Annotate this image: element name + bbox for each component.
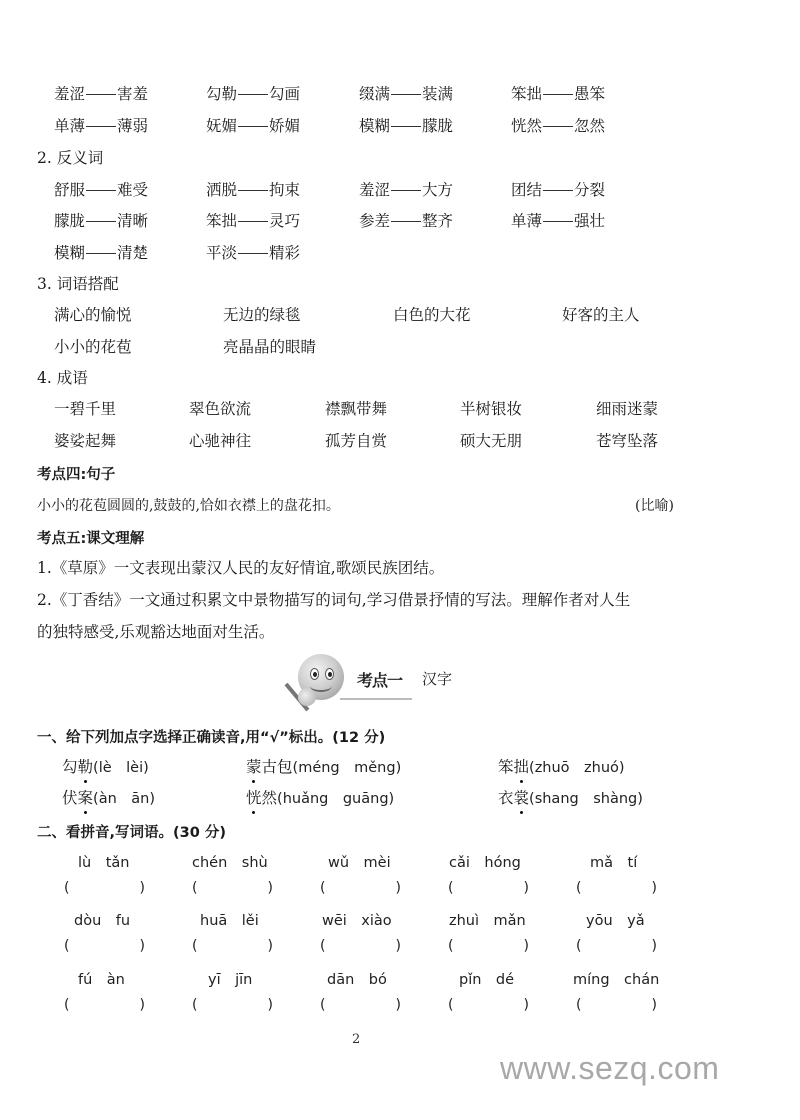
idiom: 孤芳自赏: [325, 431, 387, 451]
pinyin-options[interactable]: (méng měng): [293, 760, 402, 776]
section-heading: 4. 成语: [37, 368, 88, 388]
word-pair: 参差整齐: [359, 211, 453, 231]
answer-blank[interactable]: (): [192, 880, 273, 896]
pinyin-options[interactable]: (lè lèi): [93, 760, 149, 776]
pinyin-options[interactable]: (shang shàng): [529, 791, 643, 807]
word-pair: 团结分裂: [511, 180, 605, 200]
answer-blank[interactable]: (): [448, 880, 529, 896]
watermark: www.sezq.com: [500, 1050, 719, 1087]
word-pair: 羞涩害羞: [54, 84, 148, 104]
pinyin-prompt: dān bó: [327, 968, 387, 989]
word-pair: 模糊朦胧: [359, 116, 453, 136]
pinyin-options[interactable]: (zhuō zhuó): [529, 760, 625, 776]
answer-blank[interactable]: (): [576, 938, 657, 954]
answer-blank[interactable]: (): [448, 938, 529, 954]
pinyin-prompt: zhuì mǎn: [449, 909, 526, 930]
answer-blank[interactable]: (): [64, 938, 145, 954]
answer-blank[interactable]: (): [448, 997, 529, 1013]
idiom: 细雨迷蒙: [596, 399, 658, 419]
pinyin-prompt: wēi xiào: [322, 909, 392, 930]
word-pair: 恍然忽然: [511, 116, 605, 136]
pinyin-prompt: pǐn dé: [459, 968, 514, 989]
answer-blank[interactable]: (): [192, 938, 273, 954]
idiom: 半树银妆: [460, 399, 522, 419]
pronunciation-item: 蒙古包(méng měng): [246, 757, 401, 778]
word-pair: 妩媚娇媚: [206, 116, 300, 136]
idiom: 一碧千里: [54, 399, 116, 419]
word-pair: 模糊清楚: [54, 243, 148, 263]
example-sentence: 小小的花苞圆圆的,鼓鼓的,恰如衣襟上的盘花扣。: [37, 495, 340, 515]
pinyin-prompt: yī jīn: [208, 968, 252, 989]
answer-blank[interactable]: (): [192, 997, 273, 1013]
answer-blank[interactable]: (): [576, 880, 657, 896]
word-pair: 勾勒勾画: [206, 84, 300, 104]
phrase: 亮晶晶的眼睛: [223, 337, 316, 357]
phrase: 无边的绿毯: [223, 305, 301, 325]
pinyin-prompt: dòu fu: [74, 909, 130, 930]
idiom: 苍穹坠落: [596, 431, 658, 451]
rhetoric-note: (比喻): [635, 495, 674, 515]
pronunciation-item: 笨拙(zhuō zhuó): [498, 757, 625, 778]
pronunciation-item: 恍然(huǎng guāng): [246, 788, 394, 809]
phrase: 小小的花苞: [54, 337, 132, 357]
idiom: 心驰神往: [189, 431, 251, 451]
pinyin-prompt: chén shù: [192, 851, 268, 872]
pinyin-prompt: míng chán: [573, 968, 659, 989]
pinyin-prompt: yōu yǎ: [586, 909, 645, 930]
word-pair: 洒脱拘束: [206, 180, 300, 200]
comprehension-item-continued: 的独特感受,乐观豁达地面对生活。: [37, 622, 274, 642]
word-pair: 单薄强壮: [511, 211, 605, 231]
banner-label: 考点一: [357, 668, 402, 691]
answer-blank[interactable]: (): [64, 997, 145, 1013]
page-number: 2: [352, 1032, 360, 1047]
phrase: 白色的大花: [393, 305, 471, 325]
pinyin-options[interactable]: (huǎng guāng): [277, 791, 394, 807]
pinyin-prompt: mǎ tí: [590, 851, 637, 872]
point-heading: 考点五:课文理解: [37, 527, 144, 548]
pinyin-options[interactable]: (àn ān): [93, 791, 155, 807]
topic-banner: 考点一 汉字: [282, 648, 492, 714]
word-pair: 笨拙愚笨: [511, 84, 605, 104]
word-pair: 缀满装满: [359, 84, 453, 104]
pinyin-prompt: wǔ mèi: [328, 851, 391, 872]
pinyin-prompt: fú àn: [78, 968, 125, 989]
pinyin-prompt: cǎi hóng: [449, 851, 521, 872]
word-pair: 舒服难受: [54, 180, 148, 200]
idiom: 翠色欲流: [189, 399, 251, 419]
question-title: 二、看拼音,写词语。(30 分): [37, 821, 226, 842]
pronunciation-item: 伏案(àn ān): [62, 788, 155, 809]
phrase: 好客的主人: [562, 305, 640, 325]
banner-underline: [340, 698, 412, 700]
idiom: 硕大无朋: [460, 431, 522, 451]
word-pair: 羞涩大方: [359, 180, 453, 200]
answer-blank[interactable]: (): [64, 880, 145, 896]
idiom: 襟飘带舞: [325, 399, 387, 419]
word-pair: 平淡精彩: [206, 243, 300, 263]
idiom: 婆娑起舞: [54, 431, 116, 451]
word-pair: 单薄薄弱: [54, 116, 148, 136]
comprehension-item: 2.《丁香结》一文通过积累文中景物描写的词句,学习借景抒情的写法。理解作者对人生: [37, 590, 630, 610]
comprehension-item: 1.《草原》一文表现出蒙汉人民的友好情谊,歌颂民族团结。: [37, 558, 444, 578]
answer-blank[interactable]: (): [320, 997, 401, 1013]
point-heading: 考点四:句子: [37, 463, 115, 484]
question-title: 一、给下列加点字选择正确读音,用“√”标出。(12 分): [37, 726, 385, 747]
pronunciation-item: 衣裳(shang shàng): [498, 788, 643, 809]
pinyin-prompt: huā lěi: [200, 909, 259, 930]
pronunciation-item: 勾勒(lè lèi): [62, 757, 149, 778]
word-pair: 笨拙灵巧: [206, 211, 300, 231]
word-pair: 朦胧清晰: [54, 211, 148, 231]
answer-blank[interactable]: (): [320, 938, 401, 954]
section-heading: 2. 反义词: [37, 148, 103, 168]
section-heading: 3. 词语搭配: [37, 274, 119, 294]
pinyin-prompt: lù tǎn: [78, 851, 129, 872]
phrase: 满心的愉悦: [54, 305, 132, 325]
answer-blank[interactable]: (): [576, 997, 657, 1013]
answer-blank[interactable]: (): [320, 880, 401, 896]
banner-topic: 汉字: [422, 668, 452, 689]
